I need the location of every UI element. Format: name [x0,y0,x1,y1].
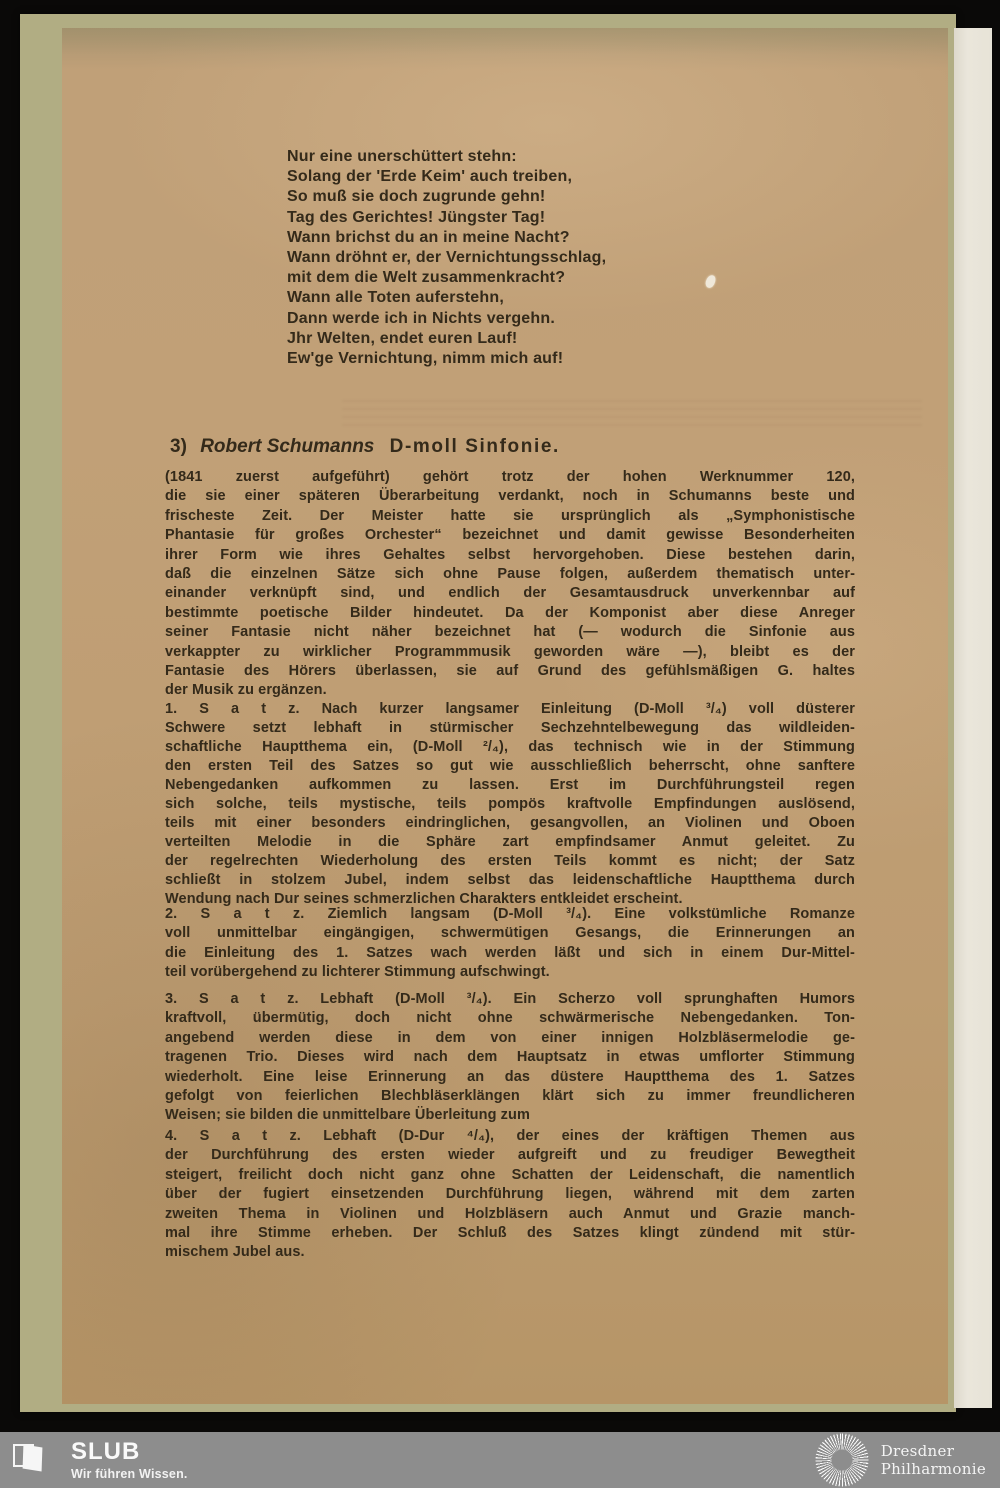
text-line: Schwere setzt lebhaft in stürmischer Sec… [165,719,855,738]
paragraph-satz-3: 3. S a t z. Lebhaft (D-Moll ³/₄). Ein Sc… [165,990,855,1126]
text-line: verteilten Melodie in die Sphäre zart em… [165,833,855,852]
poem-line: Wann brichst du an in meine Nacht? [287,228,606,248]
philharmonie-name-line1: Dresdner [881,1442,986,1460]
text-line: wiederholt. Eine leise Erinnerung an das… [165,1068,855,1087]
paragraph-satz-4: 4. S a t z. Lebhaft (D-Dur ⁴/₄), der ein… [165,1127,855,1263]
heading-composer: Robert Schumanns [200,436,374,457]
text-line: voll unmittelbar eingängigen, schwermüti… [165,924,855,943]
text-line: der Musik zu ergänzen. [165,681,855,700]
text-line: die sie einer späteren Überarbeitung ver… [165,487,855,506]
open-book-icon [13,1442,55,1482]
poem-line: Nur eine unerschüttert stehn: [287,147,606,167]
poem-line: So muß sie doch zugrunde gehn! [287,187,606,207]
text-line: den ersten Teil des Satzes so gut wie au… [165,757,855,776]
text-line: verkappter zu wirklicher Programmmusik g… [165,643,855,662]
text-line: tragenen Trio. Dieses wird nach dem Haup… [165,1048,855,1067]
text-line: Phantasie für großes Orchester“ bezeichn… [165,526,855,545]
text-line: kraftvoll, übermütig, doch nicht ohne sc… [165,1009,855,1028]
scanned-document-view: Nur eine unerschüttert stehn:Solang der … [0,0,1000,1488]
heading-work-title: D-moll Sinfonie. [390,436,560,457]
text-line: teil vorübergehend zu lichterer Stimmung… [165,963,855,982]
poem-line: Tag des Gerichtes! Jüngster Tag! [287,208,606,228]
text-line: daß die einzelnen Sätze sich ohne Pause … [165,565,855,584]
text-line: Nebengedanken aufkommen zu lassen. Erst … [165,776,855,795]
text-line: der Durchführung des ersten wieder aufgr… [165,1146,855,1165]
text-line: 3. S a t z. Lebhaft (D-Moll ³/₄). Ein Sc… [165,990,855,1009]
text-line: sich solche, teils mystische, teils pomp… [165,795,855,814]
poem-line: Solang der 'Erde Keim' auch treiben, [287,167,606,187]
text-line: der regelrechten Wiederholung des ersten… [165,852,855,871]
poem-line: Wann dröhnt er, der Vernichtungsschlag, [287,248,606,268]
text-line: 4. S a t z. Lebhaft (D-Dur ⁴/₄), der ein… [165,1127,855,1146]
text-line: gefolgt von feierlichen Blechbläserkläng… [165,1087,855,1106]
text-line: ihrer Form wie ihres Gehaltes selbst her… [165,546,855,565]
dresdner-philharmonie-logo[interactable]: Dresdner Philharmonie [815,1435,986,1485]
paper-speck [705,274,717,289]
poem-line: Wann alle Toten auferstehn, [287,288,606,308]
text-line: die Einleitung des 1. Satzes wach werden… [165,944,855,963]
text-line: angebend werden diese in dem von einer i… [165,1029,855,1048]
library-footer-bar: SLUB Wir führen Wissen. Dresdner Philhar… [0,1432,1000,1488]
next-page-edge [954,28,992,1408]
text-line: 2. S a t z. Ziemlich langsam (D-Moll ³/₄… [165,905,855,924]
slub-logo[interactable]: SLUB Wir führen Wissen. [13,1440,188,1482]
text-line: seiner Fantasie nicht näher bezeichnet h… [165,623,855,642]
text-line: mal ihre Stimme erheben. Der Schluß des … [165,1224,855,1243]
text-line: bestimmte poetische Bilder hindeutet. Da… [165,604,855,623]
slub-tagline: Wir führen Wissen. [71,1467,188,1481]
book-page-fill [23,1445,43,1472]
poem-line: Jhr Welten, endet euren Lauf! [287,329,606,349]
text-line: schließt in stolzem Jubel, indem selbst … [165,871,855,890]
slub-wordmark: SLUB [71,1440,188,1464]
text-line: zweiten Thema in Violinen und Holzbläser… [165,1205,855,1224]
text-line: teils mit einer besonders eindringlichen… [165,814,855,833]
text-line: einander verknüpft sind, und endlich der… [165,584,855,603]
show-through-smudge [342,400,922,428]
text-line: frischeste Zeit. Der Meister hatte sie u… [165,507,855,526]
poem-block: Nur eine unerschüttert stehn:Solang der … [287,147,606,369]
heading-number: 3) [170,436,187,457]
text-line: schaftliche Hauptthema ein, (D-Moll ²/₄)… [165,738,855,757]
paragraph-intro: (1841 zuerst aufgeführt) gehört trotz de… [165,468,855,701]
philharmonie-name-line2: Philharmonie [881,1460,986,1478]
poem-line: Dann werde ich in Nichts vergehn. [287,309,606,329]
text-line: mischem Jubel aus. [165,1243,855,1262]
text-line: Weisen; sie bilden die unmittelbare Über… [165,1106,855,1125]
poem-line: Ew'ge Vernichtung, nimm mich auf! [287,349,606,369]
poem-line: mit dem die Welt zusammenkracht? [287,268,606,288]
text-line: über der fugiert einsetzenden Durchführu… [165,1185,855,1204]
text-line: steigert, freilicht doch nicht ganz ohne… [165,1166,855,1185]
text-line: 1. S a t z. Nach kurzer langsamer Einlei… [165,700,855,719]
paragraph-satz-1: 1. S a t z. Nach kurzer langsamer Einlei… [165,700,855,909]
text-line: (1841 zuerst aufgeführt) gehört trotz de… [165,468,855,487]
text-line: Fantasie des Hörers überlassen, sie auf … [165,662,855,681]
starburst-icon [815,1433,869,1487]
paragraph-satz-2: 2. S a t z. Ziemlich langsam (D-Moll ³/₄… [165,905,855,983]
section-heading: 3) Robert Schumanns D-moll Sinfonie. [170,436,560,458]
